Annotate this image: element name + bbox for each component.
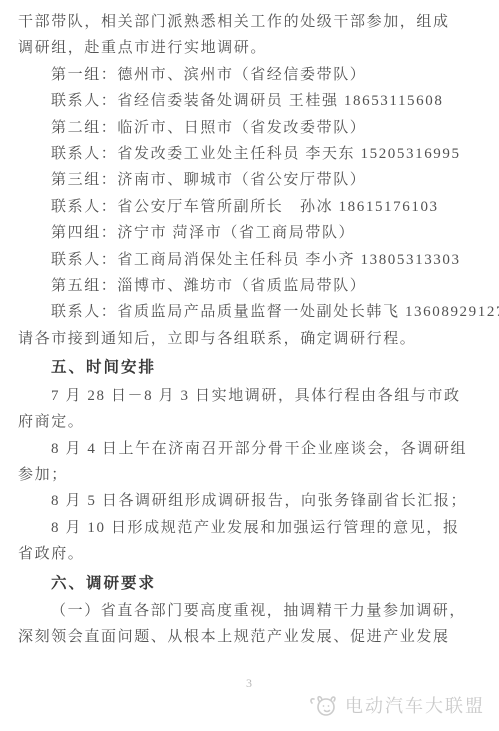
group-line: 第三组：济南市、聊城市（省公安厅带队） — [18, 167, 479, 193]
contact-line: 联系人：省发改委工业处主任科员 李天东 15205316995 — [18, 141, 479, 167]
paragraph-line: 8 月 5 日各调研组形成调研报告，向张务锋副省长汇报； — [18, 488, 479, 514]
scanned-document-page: 干部带队，相关部门派熟悉相关工作的处级干部参加，组成 调研组，赴重点市进行实地调… — [0, 0, 499, 731]
paragraph-line: 7 月 28 日－8 月 3 日实地调研，具体行程由各组与市政 — [18, 383, 479, 409]
alliance-watermark: 电动汽车大联盟 — [308, 692, 485, 718]
contact-line: 联系人：省公安厅车管所副所长 孙冰 18615176103 — [18, 194, 479, 220]
contact-line: 联系人：省工商局消保处主任科员 李小齐 13805313303 — [18, 247, 479, 273]
paragraph-line: 8 月 4 日上午在济南召开部分骨干企业座谈会，各调研组 — [18, 436, 479, 462]
section-heading-requirements: 六、调研要求 — [18, 571, 479, 597]
contact-line: 联系人：省经信委装备处调研员 王桂强 18653115608 — [18, 88, 479, 114]
paragraph-line: 参加； — [18, 462, 479, 488]
mascot-logo-icon — [308, 692, 338, 718]
group-line: 第二组：临沂市、日照市（省发改委带队） — [18, 115, 479, 141]
page-number: 3 — [0, 676, 499, 691]
group-line: 第四组：济宁市 菏泽市（省工商局带队） — [18, 220, 479, 246]
document-body: 干部带队，相关部门派熟悉相关工作的处级干部参加，组成 调研组，赴重点市进行实地调… — [18, 9, 479, 651]
watermark-label: 电动汽车大联盟 — [345, 692, 485, 718]
section-heading-time: 五、时间安排 — [18, 355, 479, 381]
paragraph-line: 府商定。 — [18, 409, 479, 435]
paragraph-line: 请各市接到通知后，立即与各组联系，确定调研行程。 — [18, 326, 479, 352]
group-line: 第一组：德州市、滨州市（省经信委带队） — [18, 62, 479, 88]
paragraph-line: 调研组，赴重点市进行实地调研。 — [18, 35, 479, 61]
paragraph-line: 干部带队，相关部门派熟悉相关工作的处级干部参加，组成 — [18, 9, 479, 35]
contact-line: 联系人：省质监局产品质量监督一处副处长韩飞 13608929127 — [18, 299, 479, 325]
paragraph-line: （一）省直各部门要高度重视，抽调精干力量参加调研， — [18, 598, 479, 624]
paragraph-line: 省政府。 — [18, 541, 479, 567]
paragraph-line: 深刻领会直面问题、从根本上规范产业发展、促进产业发展 — [18, 624, 479, 650]
group-line: 第五组：淄博市、潍坊市（省质监局带队） — [18, 273, 479, 299]
paragraph-line: 8 月 10 日形成规范产业发展和加强运行管理的意见，报 — [18, 515, 479, 541]
